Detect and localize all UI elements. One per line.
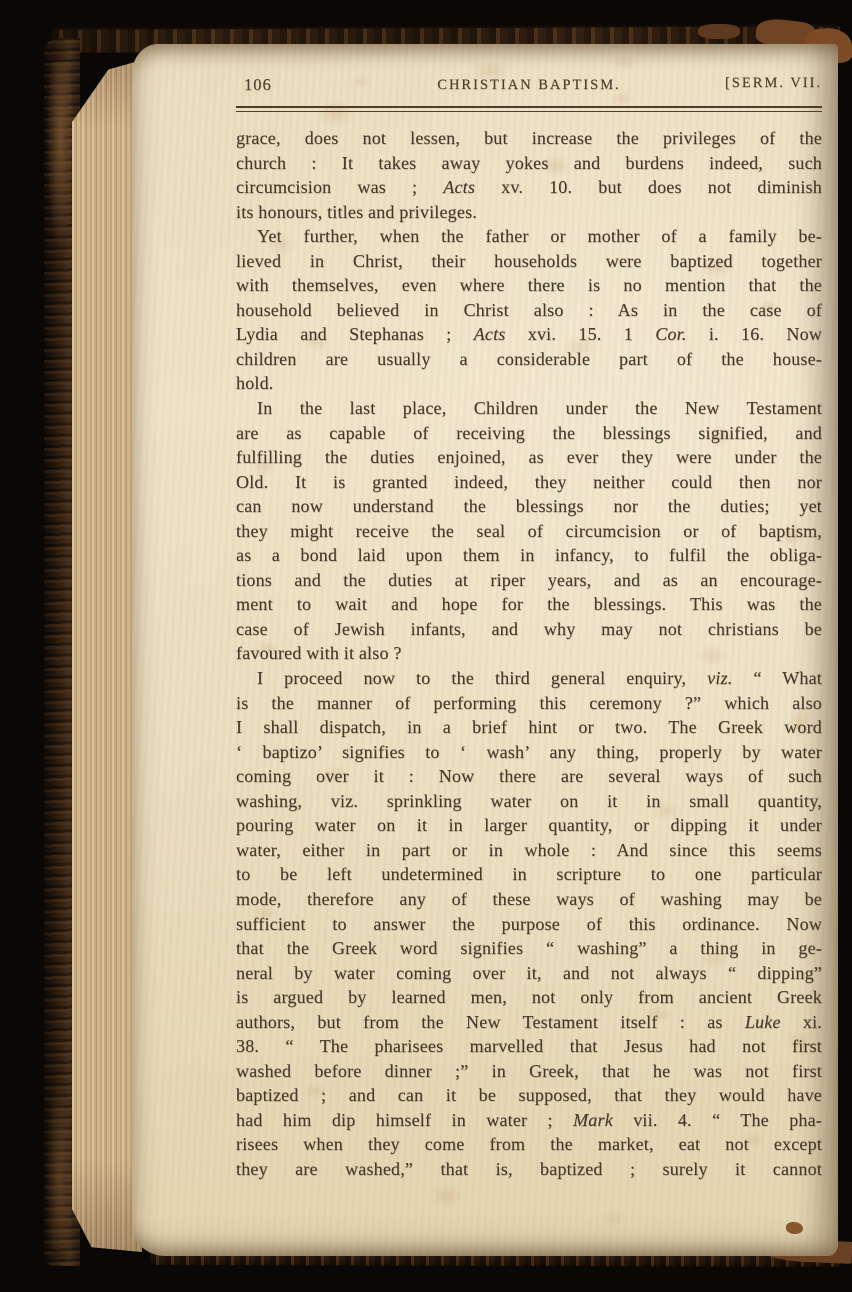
text-segment: Old. It is granted indeed, they neither … <box>236 472 822 492</box>
text-line: fulfilling the duties enjoined, as ever … <box>236 445 822 470</box>
text-segment: fulfilling the duties enjoined, as ever … <box>236 447 822 467</box>
text-segment: xv. 10. but does not diminish <box>475 177 822 197</box>
text-segment: they are washed,” that is, baptized ; su… <box>236 1159 822 1179</box>
text-line: neral by water coming over it, and not a… <box>236 961 822 986</box>
text-segment: they might receive the seal of circumcis… <box>236 521 822 541</box>
text-segment: neral by water coming over it, and not a… <box>236 963 822 983</box>
text-segment: washing, viz. sprinkling water on it in … <box>236 791 822 811</box>
foxing-spot <box>430 1185 464 1207</box>
text-segment: as a bond laid upon them in infancy, to … <box>236 545 822 565</box>
text-segment: ment to wait and hope for the blessings.… <box>236 594 822 614</box>
text-line: is argued by learned men, not only from … <box>236 985 822 1010</box>
text-segment: Yet further, when the father or mother o… <box>257 226 822 246</box>
text-line: had him dip himself in water ; Mark vii.… <box>236 1108 822 1133</box>
spine-wear-patch <box>46 62 74 252</box>
text-segment: grace, does not lessen, but increase the… <box>236 128 822 148</box>
text-segment: I proceed now to the third general enqui… <box>257 668 707 688</box>
text-segment: tions and the duties at riper years, and… <box>236 570 822 590</box>
foxing-spot <box>600 1210 628 1228</box>
text-line: pouring water on it in larger quantity, … <box>236 813 822 838</box>
text-line: I proceed now to the third general enqui… <box>236 666 822 691</box>
text-line: circumcision was ; Acts xv. 10. but does… <box>236 175 822 200</box>
text-line: they are washed,” that is, baptized ; su… <box>236 1157 822 1182</box>
text-line: authors, but from the New Testament itse… <box>236 1010 822 1035</box>
text-line: water, either in part or in whole : And … <box>236 838 822 863</box>
text-line: I shall dispatch, in a brief hint or two… <box>236 715 822 740</box>
cover-wear-patch <box>698 24 740 39</box>
italic-citation: Mark <box>573 1110 613 1130</box>
italic-citation: Luke <box>745 1012 781 1032</box>
text-line: favoured with it also ? <box>236 641 822 666</box>
text-segment: coming over it : Now there are several w… <box>236 766 822 786</box>
text-segment: are as capable of receiving the blessing… <box>236 423 822 443</box>
text-segment: favoured with it also ? <box>236 643 402 663</box>
text-line: Old. It is granted indeed, they neither … <box>236 470 822 495</box>
text-segment: “ What <box>732 668 822 688</box>
text-segment: xi. <box>781 1012 822 1032</box>
text-line: with themselves, even where there is no … <box>236 273 822 298</box>
header-double-rule <box>236 106 822 112</box>
text-line: is the manner of performing this ceremon… <box>236 691 822 716</box>
text-line: Lydia and Stephanas ; Acts xvi. 15. 1 Co… <box>236 322 822 347</box>
text-line: they might receive the seal of circumcis… <box>236 519 822 544</box>
text-line: hold. <box>236 371 822 396</box>
text-line: risees when they come from the market, e… <box>236 1132 822 1157</box>
text-line: lieved in Christ, their households were … <box>236 249 822 274</box>
text-line: as a bond laid upon them in infancy, to … <box>236 543 822 568</box>
text-segment: its honours, titles and privileges. <box>236 202 477 222</box>
text-line: 38. “ The pharisees marvelled that Jesus… <box>236 1034 822 1059</box>
text-line: washed before dinner ;” in Greek, that h… <box>236 1059 822 1084</box>
text-segment: baptized ; and can it be supposed, that … <box>236 1085 822 1105</box>
text-segment: hold. <box>236 373 274 393</box>
text-segment: 38. “ The pharisees marvelled that Jesus… <box>236 1036 822 1056</box>
italic-citation: viz. <box>707 668 732 688</box>
text-segment: can now understand the blessings nor the… <box>236 496 822 516</box>
text-line: washing, viz. sprinkling water on it in … <box>236 789 822 814</box>
text-line: ‘ baptizo’ signifies to ‘ wash’ any thin… <box>236 740 822 765</box>
ink-chip-stain <box>786 1222 803 1234</box>
text-line: household believed in Christ also : As i… <box>236 298 822 323</box>
text-segment: to be left undetermined in scripture to … <box>236 864 822 884</box>
text-line: ment to wait and hope for the blessings.… <box>236 592 822 617</box>
text-segment: washed before dinner ;” in Greek, that h… <box>236 1061 822 1081</box>
foxing-spot <box>610 54 640 70</box>
text-segment: church : It takes away yokes and burdens… <box>236 153 822 173</box>
text-line: to be left undetermined in scripture to … <box>236 862 822 887</box>
text-segment: In the last place, Children under the Ne… <box>257 398 822 418</box>
text-line: church : It takes away yokes and burdens… <box>236 151 822 176</box>
text-line: its honours, titles and privileges. <box>236 200 822 225</box>
italic-citation: Cor. <box>655 324 686 344</box>
text-segment: with themselves, even where there is no … <box>236 275 822 295</box>
text-line: that the Greek word signifies “ washing”… <box>236 936 822 961</box>
spine-wear-patch <box>46 1080 72 1250</box>
text-segment: mode, therefore any of these ways of was… <box>236 889 822 909</box>
text-segment: water, either in part or in whole : And … <box>236 840 822 860</box>
text-line: In the last place, Children under the Ne… <box>236 396 822 421</box>
text-line: case of Jewish infants, and why may not … <box>236 617 822 642</box>
text-segment: had him dip himself in water ; <box>236 1110 573 1130</box>
text-line: children are usually a considerable part… <box>236 347 822 372</box>
text-line: grace, does not lessen, but increase the… <box>236 126 822 151</box>
photo-background: { "document": { "page_number": "106", "r… <box>0 0 852 1292</box>
text-segment: household believed in Christ also : As i… <box>236 300 822 320</box>
text-segment: circumcision was ; <box>236 177 443 197</box>
text-line: tions and the duties at riper years, and… <box>236 568 822 593</box>
text-segment: is the manner of performing this ceremon… <box>236 693 822 713</box>
section-label: [SERM. VII. <box>725 75 822 92</box>
text-segment: children are usually a considerable part… <box>236 349 822 369</box>
text-segment: lieved in Christ, their households were … <box>236 251 822 271</box>
text-segment: sufficient to answer the purpose of this… <box>236 914 822 934</box>
text-segment: i. 16. Now <box>687 324 822 344</box>
italic-citation: Acts <box>474 324 506 344</box>
text-line: sufficient to answer the purpose of this… <box>236 912 822 937</box>
text-segment: pouring water on it in larger quantity, … <box>236 815 822 835</box>
text-segment: is argued by learned men, not only from … <box>236 987 822 1007</box>
text-line: Yet further, when the father or mother o… <box>236 224 822 249</box>
text-line: coming over it : Now there are several w… <box>236 764 822 789</box>
text-segment: I shall dispatch, in a brief hint or two… <box>236 717 822 737</box>
italic-citation: Acts <box>443 177 475 197</box>
text-segment: vii. 4. “ The pha- <box>613 1110 822 1130</box>
text-line: baptized ; and can it be supposed, that … <box>236 1083 822 1108</box>
text-line: are as capable of receiving the blessing… <box>236 421 822 446</box>
foxing-spot <box>318 100 354 126</box>
text-segment: risees when they come from the market, e… <box>236 1134 822 1154</box>
text-segment: authors, but from the New Testament itse… <box>236 1012 745 1032</box>
text-segment: Lydia and Stephanas ; <box>236 324 474 344</box>
text-line: can now understand the blessings nor the… <box>236 494 822 519</box>
book-page: 106 CHRISTIAN BAPTISM. [SERM. VII. grace… <box>132 44 838 1256</box>
text-segment: ‘ baptizo’ signifies to ‘ wash’ any thin… <box>236 742 822 762</box>
body-text: grace, does not lessen, but increase the… <box>236 126 822 1182</box>
text-segment: that the Greek word signifies “ washing”… <box>236 938 822 958</box>
text-line: mode, therefore any of these ways of was… <box>236 887 822 912</box>
text-segment: xvi. 15. 1 <box>506 324 656 344</box>
text-segment: case of Jewish infants, and why may not … <box>236 619 822 639</box>
